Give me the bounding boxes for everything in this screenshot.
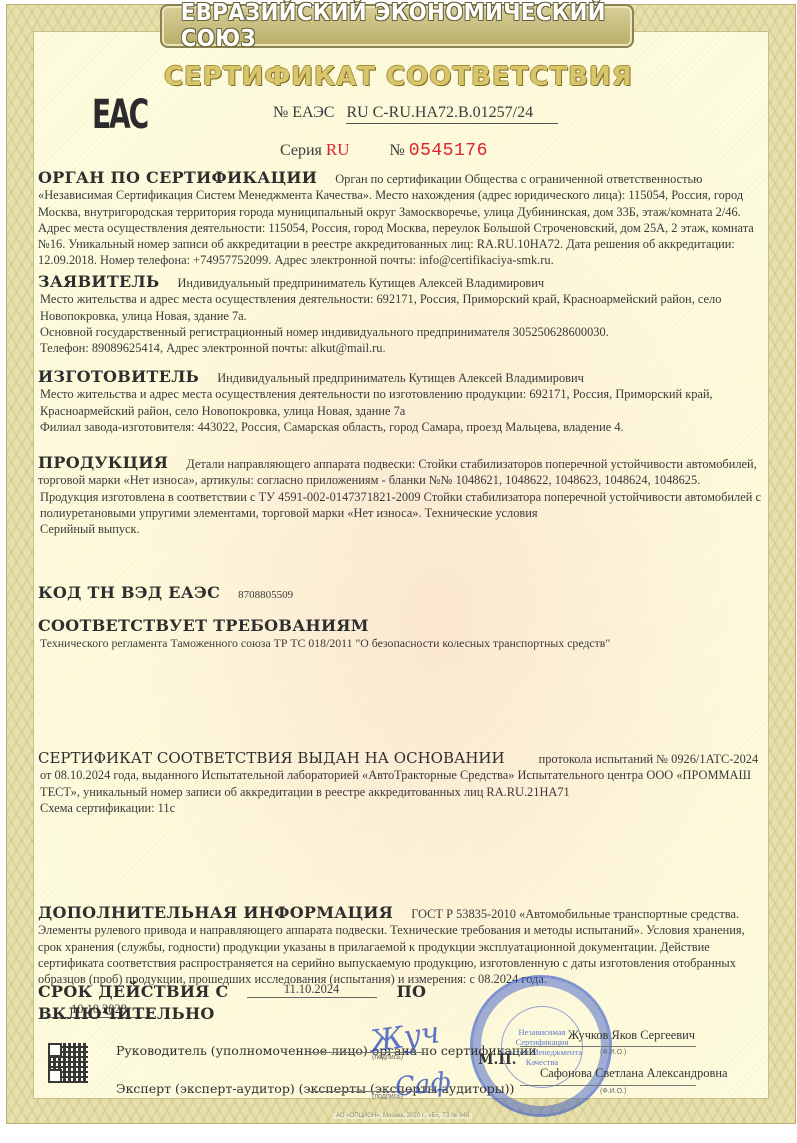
section-line: Место жительства и адрес места осуществл… [38, 386, 761, 419]
section-text: Индивидуальный предприниматель Кутищев А… [217, 371, 584, 385]
union-title: ЕВРАЗИЙСКИЙ ЭКОНОМИЧЕСКИЙ СОЮЗ [181, 0, 613, 52]
section-heading: СООТВЕТСТВУЕТ ТРЕБОВАНИЯМ [38, 616, 369, 635]
section-heading: КОД ТН ВЭД ЕАЭС [38, 583, 220, 602]
seal-mark: М.П. [478, 1052, 516, 1068]
section-line: от 08.10.2024 года, выданного Испытатель… [38, 767, 761, 800]
section-text: Орган по сертификации Общества с огранич… [38, 172, 754, 267]
validity-from-date: 11.10.2024 [247, 982, 377, 998]
union-banner: ЕВРАЗИЙСКИЙ ЭКОНОМИЧЕСКИЙ СОЮЗ [160, 4, 634, 48]
section-line: Филиал завода-изготовителя: 443022, Росс… [38, 419, 761, 435]
section-manufacturer: ИЗГОТОВИТЕЛЬИндивидуальный предпринимате… [38, 369, 761, 435]
section-line: Серийный выпуск. [38, 521, 761, 537]
registration-number: № ЕАЭС RU C-RU.НА72.В.01257/24 [273, 104, 558, 124]
section-heading: ИЗГОТОВИТЕЛЬ [38, 367, 199, 386]
head-signatory-label: Руководитель (уполномоченное лицо) орган… [116, 1043, 537, 1058]
section-line: Место жительства и адрес места осуществл… [38, 291, 761, 324]
series-value: RU [326, 140, 350, 159]
blank-number: 0545176 [409, 141, 488, 161]
hs-code-value: 8708805509 [238, 589, 293, 601]
section-text: Индивидуальный предприниматель Кутищев А… [177, 276, 544, 290]
section-applicant: ЗАЯВИТЕЛЬИндивидуальный предприниматель … [38, 274, 761, 356]
expert-signature: Саф [394, 1067, 453, 1103]
qr-code-icon[interactable] [48, 1043, 88, 1083]
section-text: протокола испытаний № 0926/1АТС-2024 [539, 752, 759, 766]
section-line: Телефон: 89089625414, Адрес электронной … [38, 340, 761, 356]
series-number: Серия RU № 0545176 [280, 140, 488, 161]
section-heading: СЕРТИФИКАТ СООТВЕТСТВИЯ ВЫДАН НА ОСНОВАН… [38, 749, 505, 767]
section-heading: ЗАЯВИТЕЛЬ [38, 272, 159, 291]
number-label: № [390, 142, 405, 159]
section-certification-body: ОРГАН ПО СЕРТИФИКАЦИИОрган по сертификац… [38, 170, 761, 269]
section-product: ПРОДУКЦИЯДетали направляющего аппарата п… [38, 455, 761, 537]
registration-label: № ЕАЭС [273, 104, 334, 121]
certificate-title: СЕРТИФИКАТ СООТВЕТСТВИЯ [0, 62, 797, 92]
head-name: Жучков Яков Сергеевич [568, 1028, 695, 1043]
head-name-line [520, 1046, 696, 1047]
section-basis: СЕРТИФИКАТ СООТВЕТСТВИЯ ВЫДАН НА ОСНОВАН… [38, 750, 761, 816]
validity-to-label: ПО [397, 982, 427, 1001]
validity-from-label: СРОК ДЕЙСТВИЯ С [38, 982, 229, 1001]
expert-name: Сафонова Светлана Александровна [540, 1066, 727, 1081]
printer-imprint: АО «ОПЦИОН», Москва, 2020 г., «Б», ТЗ № … [333, 1113, 472, 1119]
registration-value: RU C-RU.НА72.В.01257/24 [346, 104, 558, 124]
section-hs-code: КОД ТН ВЭД ЕАЭС8708805509 [38, 585, 761, 603]
section-heading: ПРОДУКЦИЯ [38, 453, 168, 472]
section-text: Технического регламента Таможенного союз… [38, 635, 761, 651]
eac-logo-icon: EAC [92, 92, 147, 138]
series-label: Серия [280, 142, 322, 159]
section-heading: ДОПОЛНИТЕЛЬНАЯ ИНФОРМАЦИЯ [38, 903, 393, 922]
head-name-caption: (Ф.И.О.) [600, 1049, 626, 1056]
validity-inclusive-label: ВКЛЮЧИТЕЛЬНО [38, 1004, 215, 1023]
section-line: Продукция изготовлена в соответствии с Т… [38, 489, 761, 522]
section-line: Основной государственный регистрационный… [38, 324, 761, 340]
section-line: Схема сертификации: 11с [38, 800, 761, 816]
expert-name-caption: (Ф.И.О.) [600, 1088, 626, 1095]
section-heading: ОРГАН ПО СЕРТИФИКАЦИИ [38, 168, 317, 187]
expert-signatory-label: Эксперт (эксперт-аудитор) (эксперты (экс… [116, 1081, 514, 1096]
section-additional-info: ДОПОЛНИТЕЛЬНАЯ ИНФОРМАЦИЯГОСТ Р 53835-20… [38, 905, 761, 987]
section-conforms: СООТВЕТСТВУЕТ ТРЕБОВАНИЯМ Технического р… [38, 618, 761, 652]
expert-name-line [520, 1085, 696, 1086]
